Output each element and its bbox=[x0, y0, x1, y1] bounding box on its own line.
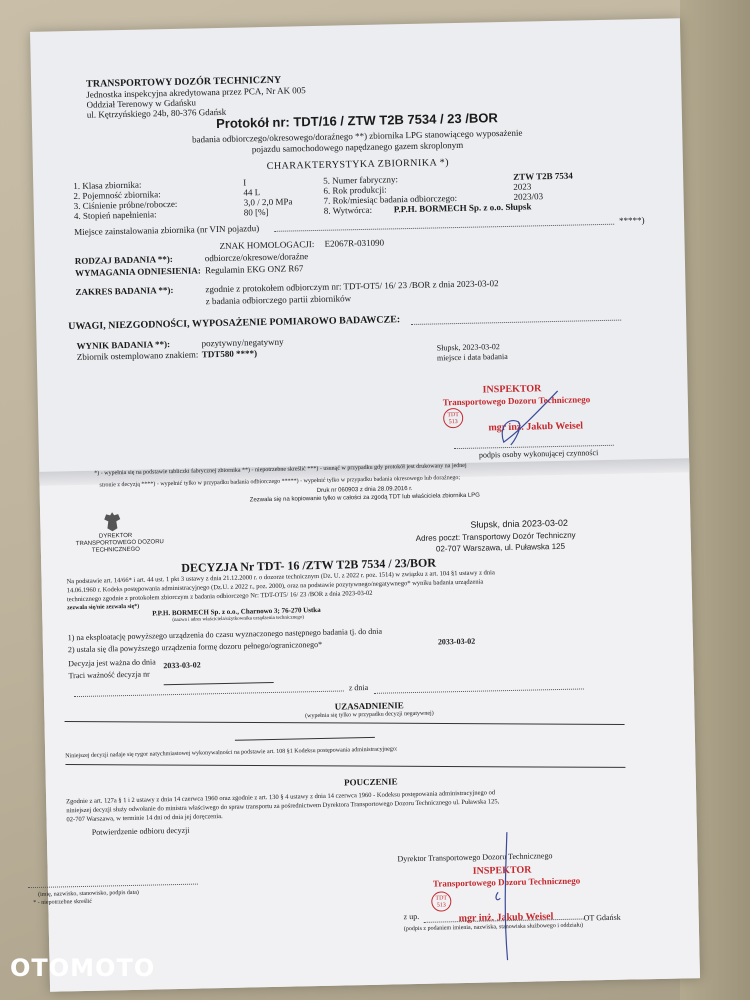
requirements-value: Regulamin EKG ONZ R67 bbox=[205, 263, 303, 275]
characteristics-table: 1. Klasa zbiornika: I 5. Numer fabryczny… bbox=[73, 169, 634, 221]
valid-label: Decyzja jest ważna do dnia bbox=[68, 657, 156, 668]
scope-value: zgodnie z protokołem odbiorczym nr: TDT-… bbox=[205, 278, 498, 294]
signature-label: podpis osoby wykonującej czynności bbox=[479, 448, 598, 459]
issuer-header: TRANSPORTOWY DOZÓR TECHNICZNY Jednostka … bbox=[86, 74, 306, 120]
result-value: pozytywny/negatywny bbox=[201, 337, 283, 349]
test-type-value: odbiorcze/okresowe/doraźne bbox=[205, 251, 309, 263]
z-up-label: z up. bbox=[404, 912, 420, 921]
decision-place-date: Słupsk, dnia 2023-03-02 bbox=[470, 518, 568, 530]
issuer-line: TECHNICZNEGO bbox=[92, 547, 140, 554]
requirements-label: WYMAGANIA ODNIESIENIA: bbox=[75, 265, 201, 278]
otomoto-watermark-logo: OTOMOTO bbox=[10, 954, 155, 982]
field-value: P.P.H. BORMECH Sp. z o.o. Słupsk bbox=[394, 201, 532, 214]
office-label: OT Gdańsk bbox=[584, 913, 621, 923]
homologation-value: E2067R-031090 bbox=[324, 238, 384, 249]
expires-date-label: z dnia bbox=[349, 683, 369, 692]
vin-note: *****) bbox=[619, 215, 645, 226]
next-test-date: 2033-03-02 bbox=[438, 637, 476, 647]
eagle-emblem-icon bbox=[102, 510, 122, 532]
remarks-label: UWAGI, NIEZGODNOŚCI, WYPOSAŻENIE POMIARO… bbox=[68, 314, 400, 332]
issuer-line: DYREKTOR bbox=[99, 533, 132, 540]
field-label: 8. Wytwórca: bbox=[324, 204, 394, 215]
scope-label: ZAKRES BADANIA **): bbox=[75, 285, 173, 297]
result-label: WYNIK BADANIA **): bbox=[77, 339, 171, 351]
signature-icon bbox=[488, 386, 569, 448]
signature-icon bbox=[487, 832, 520, 963]
remarks-line bbox=[411, 320, 621, 325]
homologation-label: ZNAK HOMOLOGACJI: bbox=[219, 239, 314, 251]
vin-line bbox=[274, 224, 614, 232]
stamp-value: TDT580 ****) bbox=[202, 348, 257, 359]
stamp-label: Zbiornik ostemplowano znakiem: bbox=[77, 349, 199, 362]
vin-label: Miejsce zainstalowania zbiornika (nr VIN… bbox=[74, 223, 259, 237]
valid-date: 2033-03-02 bbox=[163, 660, 201, 670]
issuer-line: TRANSPORTOWEGO DOZORU bbox=[76, 539, 164, 547]
unneeded-note: * - niepotrzebne skreślić bbox=[33, 899, 92, 906]
expires-label: Traci ważność decyzja nr bbox=[68, 670, 149, 681]
place-date-label: miejsce i data badania bbox=[437, 352, 508, 362]
field-label: 4. Stopień napełnienia: bbox=[74, 207, 244, 221]
field-value: 80 [%] bbox=[244, 206, 324, 218]
scope-value: z badania odbiorczego partii zbiorników bbox=[206, 293, 352, 306]
place-date: Słupsk, 2023-03-02 bbox=[437, 342, 500, 352]
test-type-label: RODZAJ BADANIA **): bbox=[75, 254, 173, 266]
inspector-stamp-icon: TDT 513 bbox=[443, 408, 463, 428]
document-sheet: TRANSPORTOWY DOZÓR TECHNICZNY Jednostka … bbox=[30, 18, 700, 991]
decision-issuer: DYREKTOR TRANSPORTOWEGO DOZORU TECHNICZN… bbox=[76, 532, 156, 555]
